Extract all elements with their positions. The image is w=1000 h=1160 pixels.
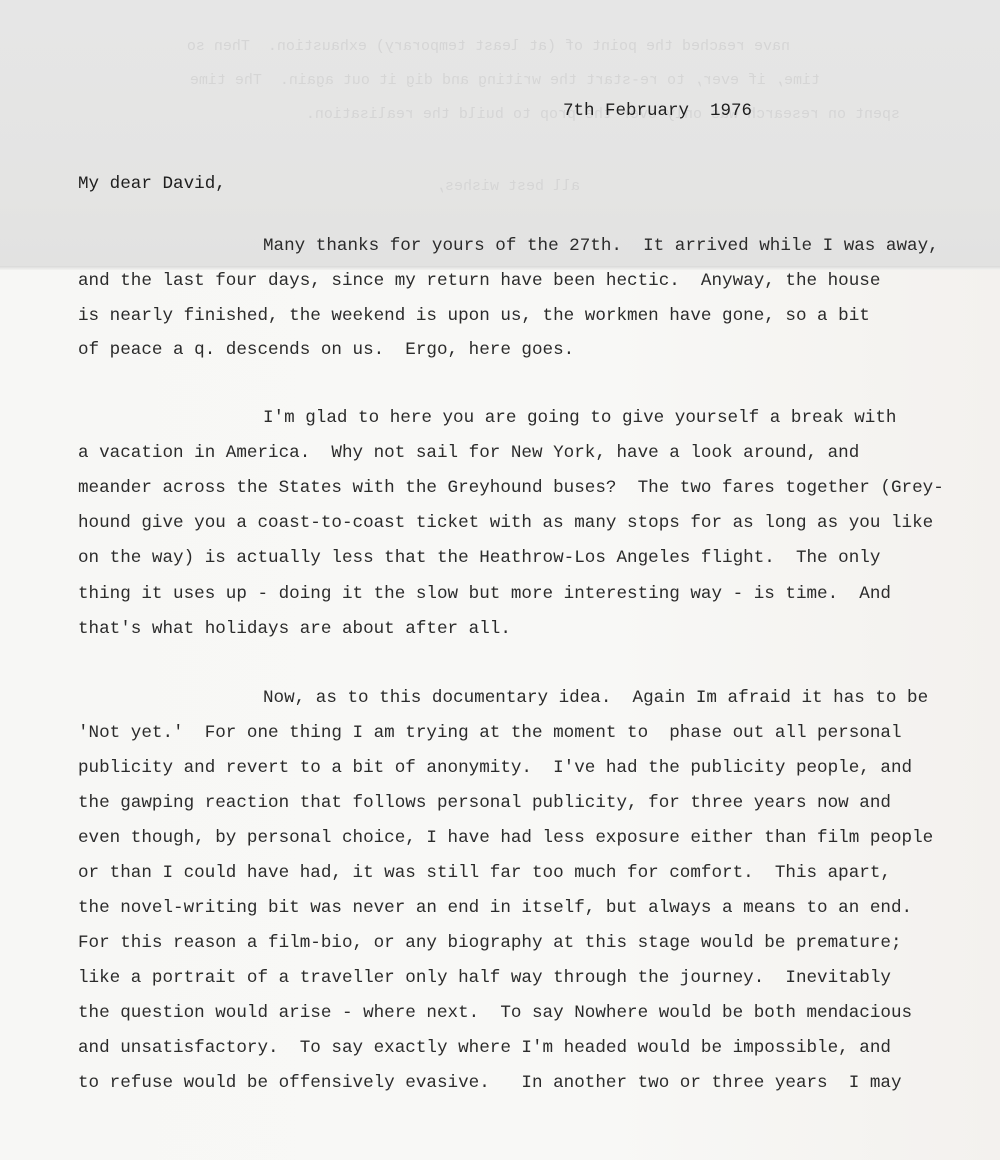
- letter-line: a vacation in America. Why not sail for …: [78, 443, 859, 463]
- letter-line: that's what holidays are about after all…: [78, 619, 511, 639]
- letter-line: is nearly finished, the weekend is upon …: [78, 306, 870, 326]
- letter-line: thing it uses up - doing it the slow but…: [78, 584, 891, 604]
- letter-salutation: My dear David,: [78, 174, 226, 194]
- letter-line: meander across the States with the Greyh…: [78, 478, 944, 498]
- letter-line: publicity and revert to a bit of anonymi…: [78, 758, 912, 778]
- letter-line: to refuse would be offensively evasive. …: [78, 1073, 902, 1093]
- letter-line: I'm glad to here you are going to give y…: [263, 408, 896, 428]
- letter-line: and unsatisfactory. To say exactly where…: [78, 1038, 891, 1058]
- letter-line: Now, as to this documentary idea. Again …: [263, 688, 928, 708]
- letter-date: 7th February 1976: [563, 101, 752, 121]
- paper-upper-fold: [0, 0, 1000, 268]
- letter-line: even though, by personal choice, I have …: [78, 828, 933, 848]
- letter-line: of peace a q. descends on us. Ergo, here…: [78, 340, 574, 360]
- letter-line: on the way) is actually less that the He…: [78, 548, 880, 568]
- letter-line: 'Not yet.' For one thing I am trying at …: [78, 723, 902, 743]
- letter-line: Many thanks for yours of the 27th. It ar…: [263, 236, 939, 256]
- letter-line: the novel-writing bit was never an end i…: [78, 898, 912, 918]
- letter-line: the question would arise - where next. T…: [78, 1003, 912, 1023]
- letter-line: like a portrait of a traveller only half…: [78, 968, 891, 988]
- letter-line: and the last four days, since my return …: [78, 271, 880, 291]
- letter-line: or than I could have had, it was still f…: [78, 863, 891, 883]
- letter-line: For this reason a film-bio, or any biogr…: [78, 933, 902, 953]
- paper-lower-section: [0, 270, 1000, 1160]
- letter-line: the gawping reaction that follows person…: [78, 793, 891, 813]
- letter-line: hound give you a coast-to-coast ticket w…: [78, 513, 933, 533]
